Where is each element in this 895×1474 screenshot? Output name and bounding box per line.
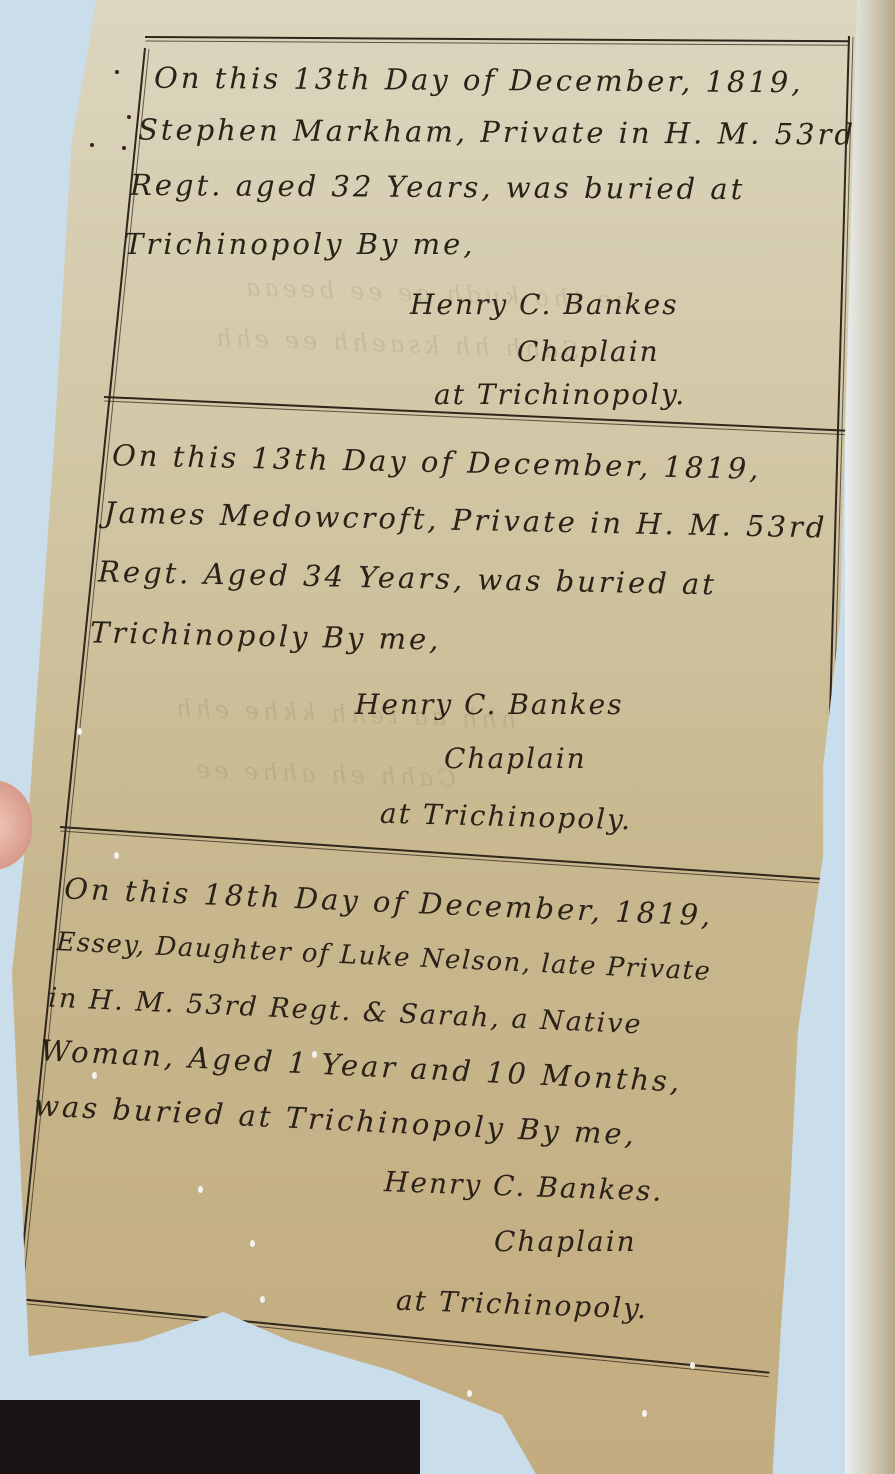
paper-hole: [642, 1410, 647, 1417]
entry-line-text: On this 13th Day of December, 1819,: [154, 61, 804, 100]
entry-2-line-1: On this 13th Day of December, 1819,: [112, 433, 762, 491]
paper-hole: [467, 1390, 472, 1397]
entry-line-text: was buried at Trichinopoly By me,: [34, 1088, 638, 1151]
entry-line-text: Essey, Daughter of Luke Nelson, late Pri…: [56, 927, 712, 987]
entry-3-signature-title: Chaplain: [494, 1225, 637, 1258]
entry-line-text: Stephen Markham, Private in H. M. 53rd: [138, 112, 856, 151]
entry-line-text: Trichinopoly By me,: [124, 227, 476, 261]
entry-line-text: On this 13th Day of December, 1819,: [112, 438, 762, 486]
paper-hole: [250, 1240, 255, 1247]
margin-mark: [90, 143, 94, 147]
paper-hole: [77, 728, 82, 735]
signature-name: Henry C. Bankes: [355, 688, 624, 721]
paper-hole: [260, 1296, 265, 1303]
paper-hole: [690, 1362, 695, 1369]
entry-line-text: On this 18th Day of December, 1819,: [64, 871, 714, 932]
background-dark-surface: [0, 1400, 420, 1474]
signature-title: Chaplain: [494, 1225, 637, 1258]
entry-2-line-3: Regt. Aged 34 Years, was buried at: [98, 550, 718, 607]
ruled-line-top: [145, 36, 850, 42]
entry-1-signature-title: Chaplain: [517, 335, 660, 368]
entry-3-signature-location: at Trichinopoly.: [396, 1284, 649, 1326]
entry-1-line-2: Stephen Markham, Private in H. M. 53rd: [138, 107, 856, 156]
entry-2-signature-name: Henry C. Bankes: [355, 688, 624, 721]
entry-2-signature-title: Chaplain: [444, 742, 587, 775]
entry-1-line-1: On this 13th Day of December, 1819,: [154, 56, 804, 105]
entry-2-signature-location: at Trichinopoly.: [380, 797, 633, 837]
entry-1-signature-name: Henry C. Bankes: [410, 288, 679, 321]
signature-title: Chaplain: [444, 742, 587, 775]
margin-mark: [115, 70, 119, 74]
entry-line-text: in H. M. 53rd Regt. & Sarah, a Native: [48, 983, 644, 1041]
background-book-edge: [845, 0, 895, 1474]
entry-line-text: James Medowcroft, Private in H. M. 53rd: [104, 495, 828, 544]
paper-hole: [198, 1186, 203, 1193]
signature-location: at Trichinopoly.: [396, 1284, 649, 1326]
entry-line-text: Regt. Aged 34 Years, was buried at: [98, 555, 718, 602]
entry-1-signature-location: at Trichinopoly.: [434, 378, 686, 411]
ruled-line-bottom: [18, 1298, 770, 1374]
paper-hole: [312, 1051, 317, 1058]
paper-hole: [114, 852, 119, 859]
paper-hole: [92, 1072, 97, 1079]
signature-location: at Trichinopoly.: [434, 378, 686, 411]
signature-title: Chaplain: [517, 335, 660, 368]
entry-3-signature-name: Henry C. Bankes.: [384, 1165, 664, 1208]
entry-1-line-4: Trichinopoly By me,: [124, 222, 476, 266]
margin-mark: [127, 115, 131, 119]
entry-line-text: Trichinopoly By me,: [90, 615, 442, 656]
entry-2-line-2: James Medowcroft, Private in H. M. 53rd: [104, 490, 828, 549]
bleed-through-text: Cahh eh ahhe ee: [192, 755, 457, 792]
signature-name: Henry C. Bankes: [410, 288, 679, 321]
signature-name: Henry C. Bankes.: [384, 1165, 664, 1208]
signature-location: at Trichinopoly.: [380, 797, 633, 837]
entry-line-text: Regt. aged 32 Years, was buried at: [130, 168, 746, 206]
margin-mark: [122, 146, 126, 150]
entry-1-line-3: Regt. aged 32 Years, was buried at: [130, 163, 746, 211]
register-page: ae tho kudh ae ee beeaa Sahh hh ksaehh e…: [12, 0, 857, 1474]
entry-2-line-4: Trichinopoly By me,: [90, 610, 442, 661]
